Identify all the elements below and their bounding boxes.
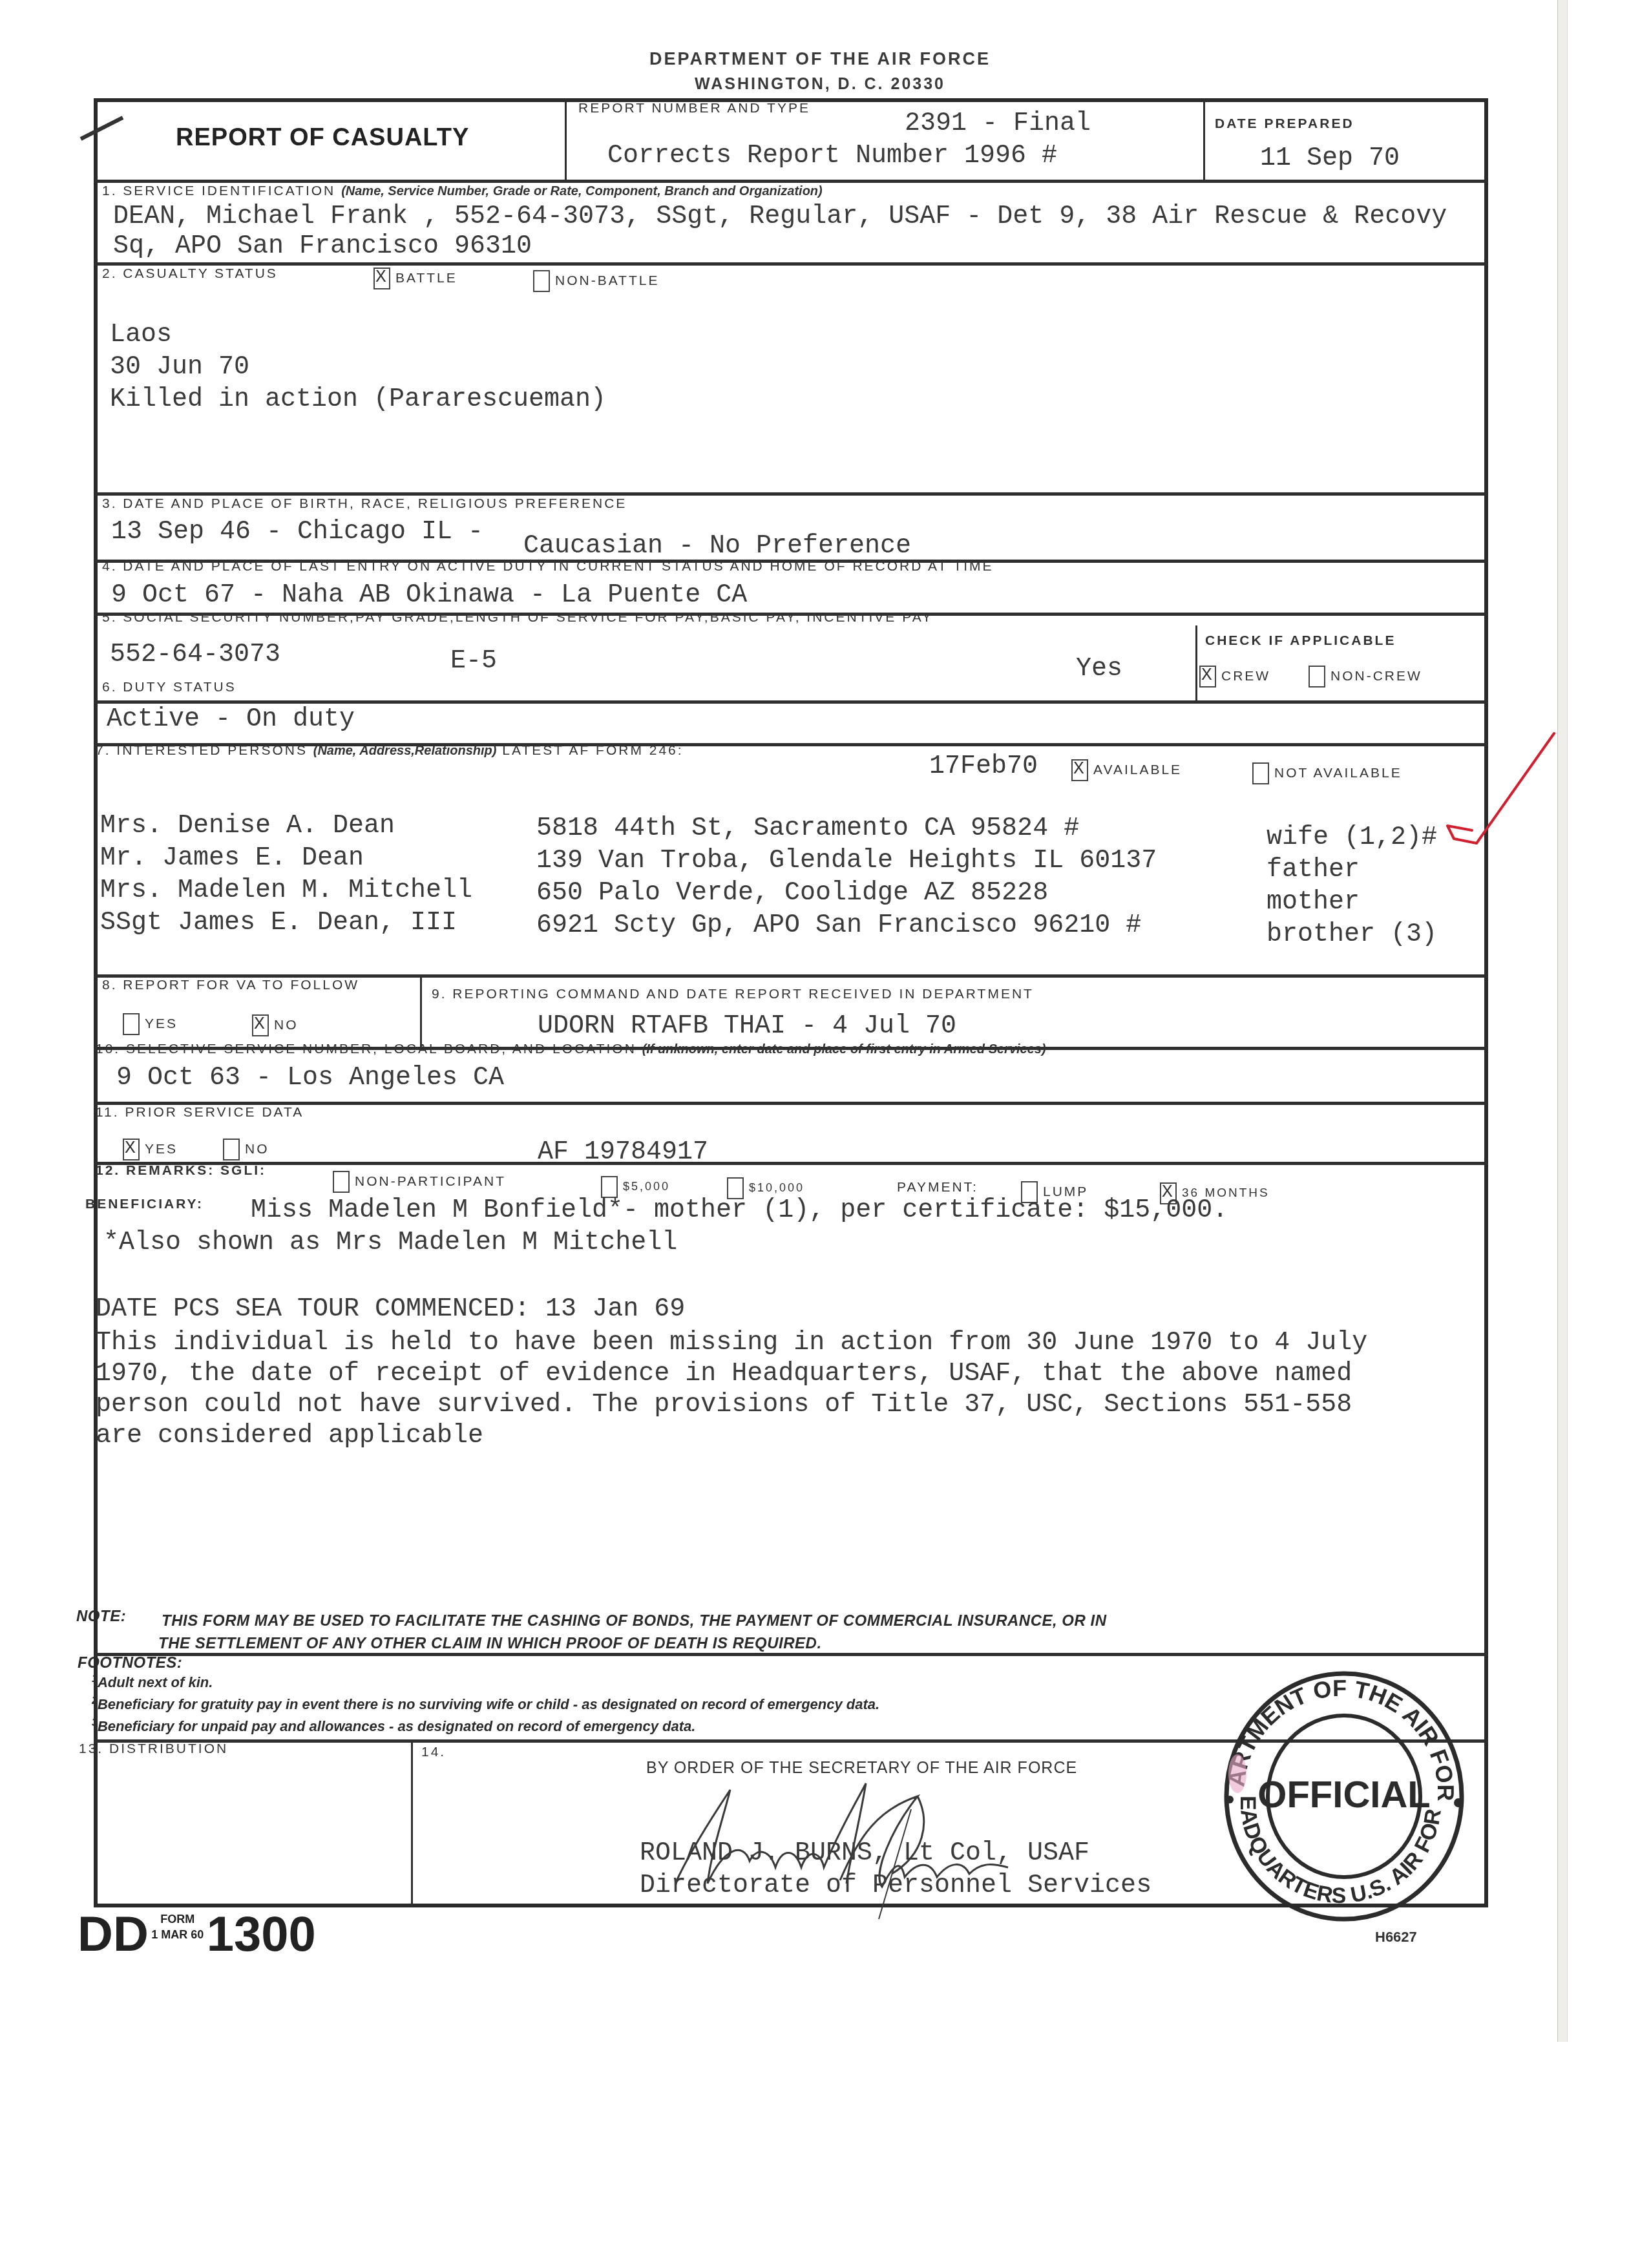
field10-label-note: (If unknown, enter date and place of fir… — [642, 1042, 1046, 1056]
sgli-non-participant-option[interactable]: NON-PARTICIPANT — [333, 1171, 506, 1193]
incentive-pay-value: Yes — [1076, 654, 1122, 685]
row-divider — [94, 262, 1488, 266]
field12-label: 12. REMARKS: SGLI: — [96, 1163, 266, 1179]
interested-person-relationship: wife (1,2)# — [1267, 823, 1437, 854]
field7-label-text: 7. INTERESTED PERSONS — [96, 743, 308, 758]
available-label: AVAILABLE — [1093, 762, 1182, 777]
row-divider — [94, 492, 1488, 496]
prior-service-yes-checkbox[interactable]: X — [123, 1139, 140, 1160]
interested-person-name: Mrs. Madelen M. Mitchell — [100, 876, 472, 907]
interested-person-address: 6921 Scty Gp, APO San Francisco 96210 # — [536, 910, 1141, 941]
not-available-checkbox[interactable] — [1252, 762, 1269, 784]
af-form-246-date: 17Feb70 — [929, 751, 1038, 782]
sgli-label: SGLI: — [220, 1163, 266, 1178]
battle-checkbox[interactable]: X — [373, 268, 390, 289]
interested-person-address: 5818 44th St, Sacramento CA 95824 # — [536, 814, 1079, 845]
va-yes-option[interactable]: YES — [123, 1013, 178, 1035]
battle-option[interactable]: XBATTLE — [373, 268, 457, 289]
va-no-checkbox[interactable]: X — [252, 1014, 269, 1036]
field6-label: 6. DUTY STATUS — [102, 680, 237, 695]
prior-service-no-checkbox[interactable] — [223, 1139, 240, 1160]
interested-person-name: Mr. James E. Dean — [100, 843, 364, 874]
report-number-label: REPORT NUMBER AND TYPE — [578, 101, 810, 116]
prior-service-no-label: NO — [245, 1142, 269, 1157]
row-divider — [94, 1653, 1488, 1656]
non-battle-checkbox[interactable] — [533, 270, 550, 292]
note-line2: THE SETTLEMENT OF ANY OTHER CLAIM IN WHI… — [158, 1635, 822, 1653]
footnote-item: 2Beneficiary for gratuity pay in event t… — [92, 1696, 879, 1713]
interested-person-name: Mrs. Denise A. Dean — [100, 811, 395, 842]
prior-service-no-option[interactable]: NO — [223, 1139, 269, 1160]
form-number: 1300 — [207, 1907, 316, 1962]
row-divider — [94, 700, 1488, 704]
crew-option[interactable]: XCREW — [1199, 666, 1270, 688]
duty-status-value: Active - On duty — [107, 704, 355, 735]
birth-date-place: 13 Sep 46 - Chicago IL - — [111, 517, 483, 548]
form-prefix: DD — [78, 1907, 149, 1962]
field10-label: 10. SELECTIVE SERVICE NUMBER, LOCAL BOAR… — [96, 1042, 1046, 1057]
field13-label: 13. DISTRIBUTION — [79, 1741, 228, 1757]
remarks-line: 1970, the date of receipt of evidence in… — [96, 1359, 1352, 1390]
va-no-label: NO — [274, 1018, 299, 1033]
beneficiary-label: BENEFICIARY: — [85, 1197, 204, 1212]
sgli-5000-checkbox[interactable] — [601, 1176, 618, 1198]
sea-tour-date: DATE PCS SEA TOUR COMMENCED: 13 Jan 69 — [96, 1294, 685, 1325]
field11-label: 11. PRIOR SERVICE DATA — [96, 1105, 304, 1120]
form-edition: FORM 1 MAR 60 — [151, 1911, 204, 1942]
form-identifier: DD FORM 1 MAR 60 1300 — [78, 1906, 316, 1962]
pay-grade-value: E-5 — [450, 646, 497, 677]
signer-name: ROLAND J. BURNS, Lt Col, USAF — [640, 1838, 1089, 1869]
sgli-non-participant-label: NON-PARTICIPANT — [355, 1174, 506, 1189]
divider — [411, 1741, 413, 1907]
sgli-5000-label: $5,000 — [623, 1180, 670, 1193]
report-number-value: 2391 - Final — [905, 109, 1091, 140]
form-edition-date: 1 MAR 60 — [151, 1927, 204, 1942]
form-word: FORM — [151, 1911, 204, 1927]
check-if-applicable-label: CHECK IF APPLICABLE — [1205, 633, 1396, 649]
crew-checkbox[interactable]: X — [1199, 666, 1216, 688]
seal-center-text: OFFICIAL — [1257, 1774, 1430, 1816]
not-available-label: NOT AVAILABLE — [1274, 766, 1402, 781]
va-no-option[interactable]: XNO — [252, 1014, 299, 1036]
field4-label: 4. DATE AND PLACE OF LAST ENTRY ON ACTIV… — [102, 559, 994, 574]
official-seal: DEPARTMENT OF THE AIR FORCE HEADQUARTERS… — [1212, 1664, 1470, 1922]
field7-label-tail: LATEST AF FORM 246: — [502, 743, 683, 758]
last-entry-value: 9 Oct 67 - Naha AB Okinawa - La Puente C… — [111, 580, 747, 611]
sgli-non-participant-checkbox[interactable] — [333, 1171, 350, 1193]
beneficiary-value: Miss Madelen M Bonfield*- mother (1), pe… — [251, 1195, 1228, 1226]
field12-label-text: 12. REMARKS: — [96, 1163, 215, 1178]
non-crew-label: NON-CREW — [1330, 669, 1422, 684]
footnotes-label: FOOTNOTES: — [78, 1654, 182, 1672]
prior-service-yes-label: YES — [145, 1142, 178, 1157]
footnote-item: 1Adult next of kin. — [92, 1674, 213, 1691]
payment-label: PAYMENT: — [897, 1180, 978, 1195]
non-crew-checkbox[interactable] — [1309, 666, 1325, 688]
available-option[interactable]: xAVAILABLE — [1071, 759, 1182, 781]
interested-person-address: 650 Palo Verde, Coolidge AZ 85228 — [536, 878, 1048, 909]
non-battle-option[interactable]: NON-BATTLE — [533, 270, 659, 292]
interested-person-relationship: mother — [1267, 887, 1360, 918]
va-yes-label: YES — [145, 1016, 178, 1031]
sgli-10000-label: $10,000 — [749, 1181, 804, 1194]
non-crew-option[interactable]: NON-CREW — [1309, 666, 1422, 688]
field8-label: 8. REPORT FOR VA TO FOLLOW — [102, 977, 399, 994]
red-check-mark — [1441, 724, 1570, 853]
field3-label: 3. DATE AND PLACE OF BIRTH, RACE, RELIGI… — [102, 496, 627, 512]
crew-label: CREW — [1221, 669, 1270, 684]
department-address: WASHINGTON, D. C. 20330 — [0, 75, 1640, 94]
race-religion: Caucasian - No Preference — [523, 531, 911, 562]
footnote-item: 3Beneficiary for unpaid pay and allowanc… — [92, 1717, 695, 1735]
row-divider — [94, 1162, 1488, 1165]
field9-label: 9. REPORTING COMMAND AND DATE REPORT REC… — [432, 987, 1034, 1002]
non-battle-label: NON-BATTLE — [555, 273, 659, 288]
note-label: NOTE: — [76, 1608, 126, 1626]
service-identification-line1: DEAN, Michael Frank , 552-64-3073, SSgt,… — [113, 202, 1447, 233]
field7-label-note: (Name, Address,Relationship) — [313, 744, 497, 758]
field7-label: 7. INTERESTED PERSONS (Name, Address,Rel… — [96, 743, 684, 759]
available-checkbox[interactable]: x — [1071, 759, 1088, 781]
divider — [1195, 625, 1197, 703]
divider — [1203, 98, 1205, 181]
field14-label: 14. — [421, 1745, 446, 1760]
reporting-command-value: UDORN RTAFB THAI - 4 Jul 70 — [538, 1011, 956, 1042]
date-prepared-value: 11 Sep 70 — [1260, 143, 1400, 174]
field1-label-note: (Name, Service Number, Grade or Rate, Co… — [341, 184, 823, 198]
beneficiary-note: *Also shown as Mrs Madelen M Mitchell — [103, 1228, 677, 1259]
remarks-line: are considered applicable — [96, 1421, 483, 1452]
note-line1: THIS FORM MAY BE USED TO FACILITATE THE … — [162, 1612, 1106, 1630]
sgli-5000-option[interactable]: $5,000 — [601, 1176, 670, 1198]
interested-person-name: SSgt James E. Dean, III — [100, 908, 457, 939]
date-prepared-label: DATE PREPARED — [1215, 116, 1354, 132]
field10-label-text: 10. SELECTIVE SERVICE NUMBER, LOCAL BOAR… — [96, 1042, 636, 1056]
interested-person-relationship: father — [1267, 855, 1360, 886]
interested-person-address: 139 Van Troba, Glendale Heights IL 60137 — [536, 846, 1157, 877]
field5-label: 5. SOCIAL SECURITY NUMBER,PAY GRADE,LENG… — [102, 610, 933, 625]
casualty-location: Laos — [110, 320, 172, 351]
prior-service-yes-option[interactable]: XYES — [123, 1139, 178, 1160]
signer-office: Directorate of Personnel Services — [640, 1871, 1151, 1902]
form-title: REPORT OF CASUALTY — [176, 124, 469, 152]
remarks-line: person could not have survived. The prov… — [96, 1390, 1352, 1421]
service-identification-line2: Sq, APO San Francisco 96310 — [113, 231, 532, 262]
divider — [420, 976, 422, 1048]
casualty-description: Killed in action (Pararescueman) — [110, 384, 606, 415]
field1-label: 1. SERVICE IDENTIFICATION (Name, Service… — [102, 184, 823, 199]
print-code: H6627 — [1375, 1929, 1417, 1946]
field1-label-text: 1. SERVICE IDENTIFICATION — [102, 184, 335, 198]
casualty-date: 30 Jun 70 — [110, 352, 249, 383]
va-yes-checkbox[interactable] — [123, 1013, 140, 1035]
row-divider — [94, 180, 1488, 183]
battle-label: BATTLE — [395, 271, 457, 286]
interested-person-relationship: brother (3) — [1267, 919, 1437, 950]
report-correction: Corrects Report Number 1996 # — [607, 141, 1057, 172]
field2-label: 2. CASUALTY STATUS — [102, 266, 278, 282]
remarks-line: This individual is held to have been mis… — [96, 1328, 1367, 1359]
ssn-value: 552-64-3073 — [110, 640, 280, 671]
pen-mark — [78, 110, 129, 149]
department-heading: DEPARTMENT OF THE AIR FORCE — [0, 49, 1640, 69]
paper-edge — [1557, 0, 1568, 2042]
not-available-option[interactable]: NOT AVAILABLE — [1252, 762, 1402, 784]
selective-service-value: 9 Oct 63 - Los Angeles CA — [116, 1063, 504, 1094]
divider — [565, 98, 567, 181]
